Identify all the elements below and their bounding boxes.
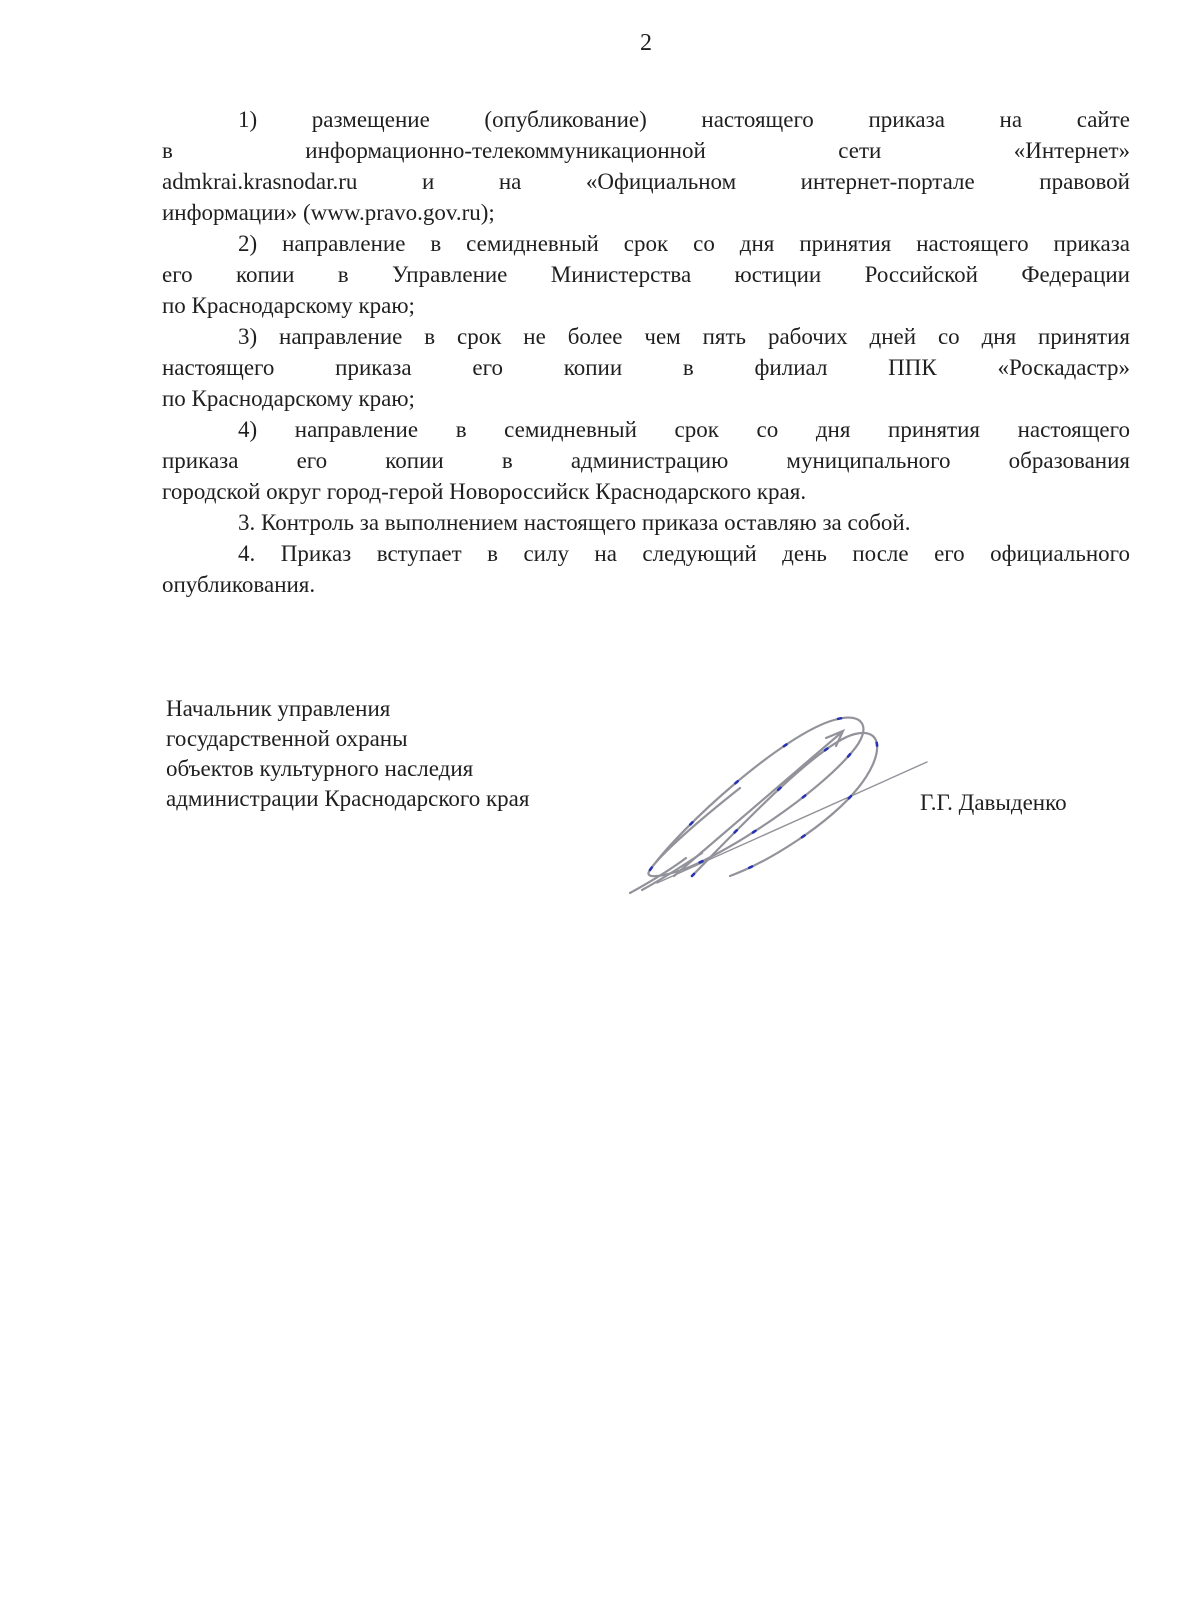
text-line: admkrai.krasnodar.ru и на «Официальном и…	[162, 166, 1130, 197]
handwritten-signature-icon	[612, 690, 942, 895]
text-line: 4) направление в семидневный срок со дня…	[162, 414, 1130, 445]
paragraph: 3) направление в срок не более чем пять …	[162, 321, 1130, 414]
text-line: 3) направление в срок не более чем пять …	[162, 321, 1130, 352]
paragraph: 3. Контроль за выполнением настоящего пр…	[162, 507, 1130, 538]
text-line: 4. Приказ вступает в силу на следующий д…	[162, 538, 1130, 569]
paragraph: 4. Приказ вступает в силу на следующий д…	[162, 538, 1130, 600]
text-line: информации» (www.pravo.gov.ru);	[162, 197, 1130, 228]
text-line: приказа его копии в администрацию муници…	[162, 445, 1130, 476]
document-page: 2 1) размещение (опубликование) настояще…	[0, 0, 1200, 1624]
text-line: по Краснодарскому краю;	[162, 290, 1130, 321]
text-line: опубликования.	[162, 569, 1130, 600]
text-line: в информационно-телекоммуникационной сет…	[162, 135, 1130, 166]
text-line: по Краснодарскому краю;	[162, 383, 1130, 414]
page-number: 2	[162, 28, 1130, 58]
paragraph: 1) размещение (опубликование) настоящего…	[162, 104, 1130, 228]
text-line: настоящего приказа его копии в филиал ПП…	[162, 352, 1130, 383]
document-body: 1) размещение (опубликование) настоящего…	[162, 104, 1130, 600]
text-line: городской округ город-герой Новороссийск…	[162, 476, 1130, 507]
text-line: 3. Контроль за выполнением настоящего пр…	[162, 507, 1130, 538]
signatory-name: Г.Г. Давыденко	[920, 788, 1067, 818]
text-line: 1) размещение (опубликование) настоящего…	[162, 104, 1130, 135]
paragraph: 2) направление в семидневный срок со дня…	[162, 228, 1130, 321]
text-line: 2) направление в семидневный срок со дня…	[162, 228, 1130, 259]
paragraph: 4) направление в семидневный срок со дня…	[162, 414, 1130, 507]
text-line: его копии в Управление Министерства юсти…	[162, 259, 1130, 290]
